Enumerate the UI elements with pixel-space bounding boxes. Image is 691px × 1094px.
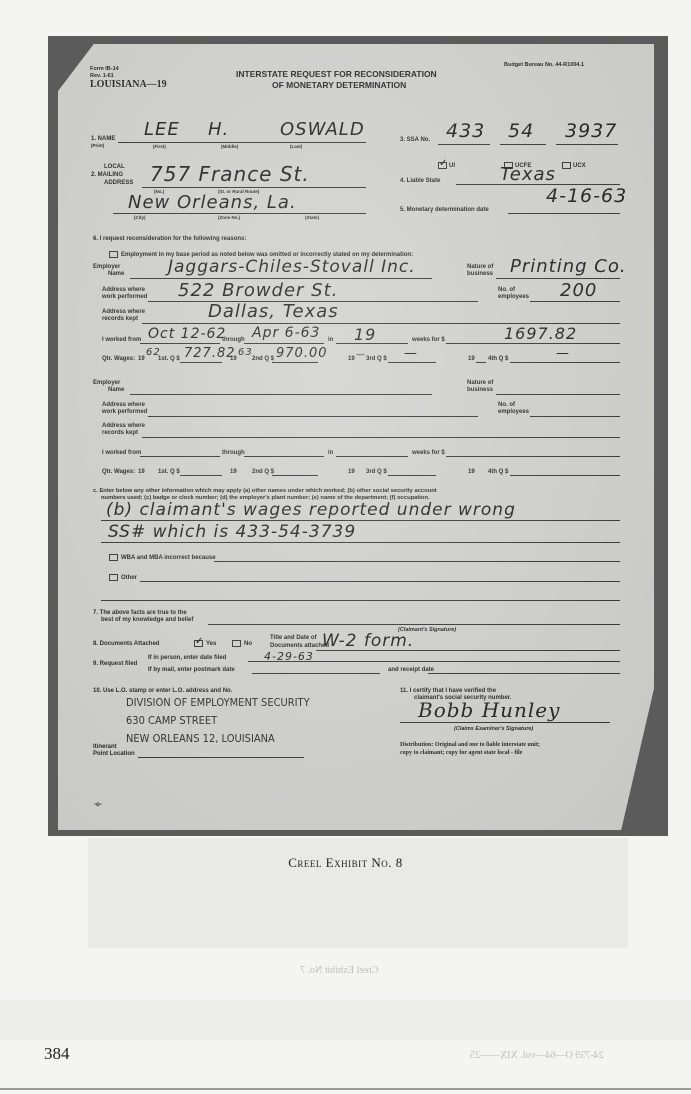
by-mail-label: If by mail, enter postmark date (148, 667, 235, 673)
reasons-label: 6. I request reconsideration for the fol… (93, 236, 246, 242)
a-q2-label: 2nd Q $ (252, 356, 274, 362)
a-q4-year-line (476, 362, 486, 363)
a-q3-value: — (404, 346, 418, 361)
a-nature-value: Printing Co. (510, 256, 627, 277)
address-label-local: LOCAL (104, 164, 125, 170)
ui-checkbox[interactable] (438, 162, 447, 169)
a-q1-line (180, 362, 222, 363)
ui-label: UI (449, 163, 455, 169)
a-name-label: Name (108, 271, 124, 277)
b-employees-label2: employees (498, 409, 529, 415)
form-photograph: Form IB-14 Rev. 1-61 LOUISIANA—19 INTERS… (48, 36, 668, 836)
a-records-label1: Address where (102, 309, 145, 315)
b-through-line (244, 456, 324, 457)
city-line (113, 213, 366, 214)
b-q4-year: 19 (468, 469, 475, 475)
state-sub: (State) (305, 215, 319, 220)
street-line (142, 187, 366, 188)
documents-title-label2: Documents attached (270, 643, 329, 649)
ssa-part2: 54 (508, 120, 534, 142)
ucx-label: UCX (573, 163, 586, 169)
b-weeks-line (336, 456, 408, 457)
street-sub-route: (St. or Rural Route) (218, 189, 259, 194)
b-q4-label: 4th Q $ (488, 469, 508, 475)
name-middle: H. (208, 119, 229, 140)
a-weeks-for-label: weeks for $ (412, 337, 445, 343)
other-checkbox[interactable] (109, 574, 118, 581)
b-in-label: in (328, 450, 333, 456)
wba-label: WBA and MBA incorrect because (121, 555, 216, 561)
a-q3-year: — (356, 350, 366, 360)
a-records-label2: records kept (102, 316, 138, 322)
form-title-line1: INTERSTATE REQUEST FOR RECONSIDERATION (236, 69, 437, 79)
documents-title-value: W-2 form. (322, 631, 414, 651)
a-q2-value: 970.00 (276, 346, 328, 361)
other-label: Other (121, 575, 137, 581)
in-person-line (248, 661, 620, 662)
b-employees-line (530, 416, 620, 417)
b-work-addr-line (148, 416, 478, 417)
a-wages-label: Qtr. Wages: (102, 356, 135, 362)
a-q2-line (272, 362, 318, 363)
blank-line (101, 600, 620, 601)
c-instructions-line1: c. Enter below any other information whi… (93, 488, 437, 494)
a-q3-year-prefix: 19 (348, 356, 355, 362)
b-nature-label1: Nature of (467, 380, 493, 386)
a-amount-value: 1697.82 (504, 324, 577, 343)
b-q3-year: 19 (348, 469, 355, 475)
a-employees-value: 200 (560, 280, 597, 301)
liable-state-label: 4. Liable State (400, 178, 440, 184)
ssa-label: 3. SSA No. (400, 137, 430, 143)
certify-label2: best of my knowledge and belief (101, 617, 193, 623)
a-weeks-line (336, 343, 408, 344)
b-records-label2: records kept (102, 430, 138, 436)
b-q3-label: 3rd Q $ (366, 469, 387, 475)
stamp-line1: DIVISION OF EMPLOYMENT SECURITY (126, 696, 310, 709)
stamp-line2: 630 CAMP STREET (126, 714, 217, 727)
ucfe-checkbox[interactable] (504, 162, 513, 169)
examiner-signature: Bobb Hunley (418, 698, 560, 722)
ssa-line3 (556, 144, 618, 145)
b-q3-line (388, 475, 436, 476)
document-page: Form IB-14 Rev. 1-61 LOUISIANA—19 INTERS… (0, 0, 691, 1094)
documents-no-label: No (244, 641, 252, 647)
a-q3-line (388, 362, 436, 363)
street-sub-no: (No.) (154, 189, 164, 194)
a-worked-from-value: Oct 12-62 (148, 326, 226, 342)
exhibit-caption: Creel Exhibit No. 8 (0, 855, 691, 871)
a-worked-from-label: I worked from (102, 337, 141, 343)
distribution-line1: Distribution: Original and one to liable… (400, 742, 540, 748)
c-handwritten-line1: (b) claimant's wages reported under wron… (106, 500, 516, 520)
a-weeks-value: 19 (354, 325, 376, 344)
name-sub-first: (First) (153, 144, 166, 149)
liable-state-value: Texas (500, 164, 556, 185)
wba-checkbox[interactable] (109, 554, 118, 561)
b-name-label: Name (108, 387, 124, 393)
street-value: 757 France St. (150, 162, 310, 186)
b-worked-from-line (140, 456, 220, 457)
address-label-mailing: 2. MAILING (91, 172, 123, 178)
a-q1-label: 1st. Q $ (158, 356, 180, 362)
b-q4-line (510, 475, 620, 476)
name-sub-print: (Print) (91, 143, 104, 148)
a-nature-label2: business (467, 271, 493, 277)
a-employees-line (530, 301, 620, 302)
in-person-label: If in person, enter date filed (148, 655, 226, 661)
ssa-part3: 3937 (565, 120, 617, 142)
employment-checkbox[interactable] (109, 251, 118, 258)
distribution-line2: copy to claimant; copy for agent state l… (400, 750, 522, 756)
printer-mark: -o- (94, 802, 102, 808)
b-amount-line (446, 456, 620, 457)
b-worked-from-label: I worked from (102, 450, 141, 456)
b-through-label: through (222, 450, 245, 456)
bottom-rule (0, 1088, 691, 1090)
itinerant-label2: Point Location (93, 751, 135, 757)
a-employer-line (130, 278, 432, 279)
employment-check-label: Employment in my base period as noted be… (121, 252, 413, 258)
name-sub-last: (Last) (290, 144, 302, 149)
wba-line (214, 561, 620, 562)
in-person-value: 4-29-63 (264, 650, 314, 663)
certify-ssn-label2: claimant's social security number. (414, 695, 511, 701)
name-line (118, 142, 366, 143)
a-work-addr-label1: Address where (102, 287, 145, 293)
page-number: 384 (44, 1044, 70, 1064)
name-last: OSWALD (280, 119, 365, 140)
a-employees-label2: employees (498, 294, 529, 300)
a-nature-line (496, 278, 620, 279)
ucfe-label: UCFE (515, 163, 531, 169)
a-worked-from-line (140, 343, 220, 344)
determination-date-value: 4-16-63 (546, 185, 627, 207)
stamp-line3: NEW ORLEANS 12, LOUISIANA (126, 732, 275, 745)
zone-sub: (Zone No.) (218, 215, 240, 220)
form-sheet: Form IB-14 Rev. 1-61 LOUISIANA—19 INTERS… (58, 44, 654, 830)
ssa-part1: 433 (446, 120, 485, 142)
state-code: LOUISIANA—19 (90, 79, 167, 90)
examiner-signature-line (400, 722, 610, 723)
a-through-line (244, 343, 324, 344)
documents-title-label1: Title and Date of (270, 635, 317, 641)
a-nature-label1: Nature of (467, 264, 493, 270)
receipt-date-label: and receipt date (388, 667, 434, 673)
certify-label1: 7. The above facts are true to the (93, 610, 187, 616)
name-label: 1. NAME (91, 136, 115, 142)
b-q2-year: 19 (230, 469, 237, 475)
a-employer-label: Employer (93, 264, 120, 270)
form-number: Form IB-14 (90, 66, 119, 72)
city-sub: (City) (134, 215, 146, 220)
ssa-line2 (500, 144, 546, 145)
a-employer-value: Jaggars-Chiles-Stovall Inc. (168, 257, 416, 277)
a-records-line (142, 323, 620, 324)
a-through-label: through (222, 337, 245, 343)
bleed-footer: 24-759 O—64—vol. XIX——25 (470, 1050, 604, 1061)
a-q4-line (510, 362, 620, 363)
postmark-line (252, 673, 380, 674)
c-line1 (101, 520, 620, 521)
b-records-line (142, 437, 620, 438)
lo-stamp-label: 10. Use L.O. stamp or enter L.O. address… (93, 688, 232, 694)
b-work-addr-label1: Address where (102, 402, 145, 408)
c-instructions-line2: numbers used; (c) badge or clock number;… (101, 495, 430, 501)
a-work-addr-label2: work performed (102, 294, 147, 300)
claimant-signature-caption: (Claimant's Signature) (398, 627, 456, 633)
ssa-line1 (438, 144, 490, 145)
a-work-addr-value: 522 Browder St. (178, 280, 338, 301)
b-q1-label: 1st. Q $ (158, 469, 180, 475)
c-handwritten-line2: SS# which is 433-54-3739 (108, 522, 356, 542)
b-work-addr-label2: work performed (102, 409, 147, 415)
receipt-date-line (428, 673, 620, 674)
a-q1-year: 62 (146, 347, 161, 358)
a-q2-year-prefix: 19 (230, 356, 237, 362)
b-nature-line (496, 394, 620, 395)
documents-attached-label: 8. Documents Attached (93, 641, 159, 647)
b-wages-label: Qtr. Wages: (102, 469, 135, 475)
form-title-line2: OF MONETARY DETERMINATION (272, 80, 406, 90)
form-revision: Rev. 1-61 (90, 73, 114, 79)
a-q2-year: 63 (238, 347, 253, 358)
b-employer-label: Employer (93, 380, 120, 386)
b-employees-label1: No. of (498, 402, 515, 408)
city-state-value: New Orleans, La. (128, 192, 297, 213)
a-records-value: Dallas, Texas (208, 301, 339, 322)
ucx-checkbox[interactable] (562, 162, 571, 169)
a-through-value: Apr 6-63 (252, 325, 320, 341)
name-sub-middle: (Middle) (221, 144, 238, 149)
a-q4-label: 4th Q $ (488, 356, 508, 362)
a-q1-value: 727.82 (184, 346, 236, 361)
budget-bureau-number: Budget Bureau No. 44-R1004.1 (504, 62, 584, 68)
b-q2-label: 2nd Q $ (252, 469, 274, 475)
a-in-label: in (328, 337, 333, 343)
documents-no-checkbox[interactable] (232, 640, 241, 647)
b-q1-year: 19 (138, 469, 145, 475)
liable-state-line (456, 184, 620, 185)
a-work-addr-line (148, 301, 478, 302)
itinerant-label1: Itinerant (93, 744, 117, 750)
a-q4-value: — (556, 346, 570, 361)
b-employer-line (130, 394, 432, 395)
documents-title-line (316, 650, 620, 651)
a-q3-label: 3rd Q $ (366, 356, 387, 362)
b-weeks-for-label: weeks for $ (412, 450, 445, 456)
determination-date-line (508, 213, 620, 214)
request-filed-label: 9. Request filed (93, 661, 137, 667)
certify-ssn-label1: 11. I certify that I have verified the (400, 688, 496, 694)
address-label-address: ADDRESS (104, 180, 133, 186)
bleed-through-band (0, 1000, 691, 1040)
b-q2-line (272, 475, 318, 476)
b-records-label1: Address where (102, 423, 145, 429)
b-q1-line (180, 475, 222, 476)
a-q1-year-prefix: 19 (138, 356, 145, 362)
b-nature-label2: business (467, 387, 493, 393)
bleed-caption: Creel Exhibit No. 7 (300, 965, 378, 976)
itinerant-line (138, 757, 304, 758)
a-amount-line (446, 343, 620, 344)
a-q4-year-prefix: 19 (468, 356, 475, 362)
documents-yes-label: Yes (206, 641, 216, 647)
name-first: LEE (144, 119, 180, 140)
other-line (140, 581, 620, 582)
documents-yes-checkbox[interactable] (194, 640, 203, 647)
c-line2 (101, 542, 620, 543)
determination-date-label: 5. Monetary determination date (400, 207, 489, 213)
claimant-signature-line (208, 624, 620, 625)
a-employees-label1: No. of (498, 287, 515, 293)
examiner-signature-caption: (Claims Examiner's Signature) (454, 726, 533, 732)
